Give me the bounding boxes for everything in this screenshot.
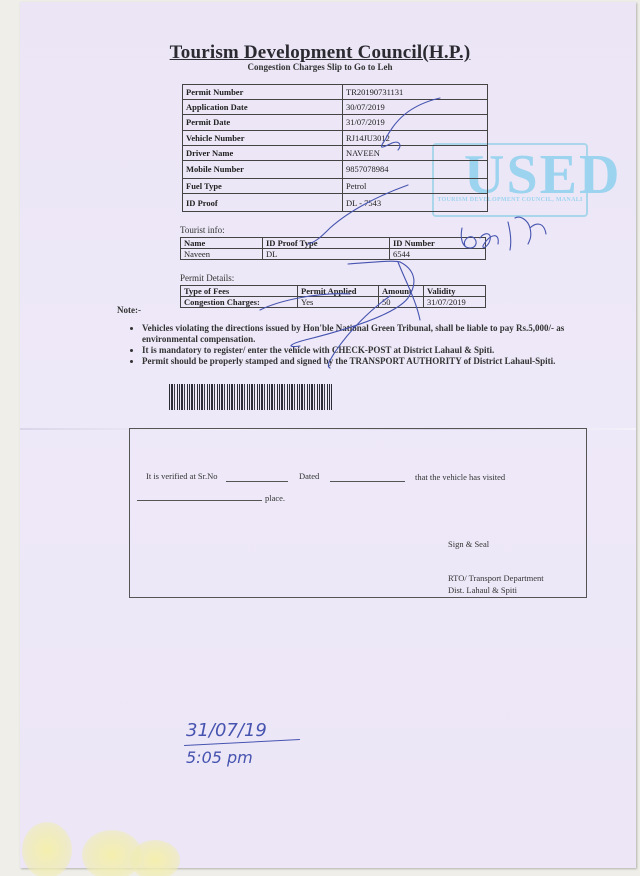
column-header: Amount (379, 286, 424, 297)
driver-name-value: NAVEEN (343, 145, 488, 160)
column-header: Type of Fees (181, 286, 298, 297)
vehicle-number-value: RJ14JU3012 (343, 130, 488, 145)
table-row: Congestion Charges: Yes 50 31/07/2019 (181, 297, 486, 308)
note-item: Vehicles violating the directions issued… (142, 323, 582, 345)
sr-no-blank[interactable] (226, 481, 288, 482)
table-header-row: Name ID Proof Type ID Number (181, 238, 486, 249)
column-header: Permit Applied (298, 286, 379, 297)
column-header: ID Number (390, 238, 486, 249)
permit-date-value: 31/07/2019 (343, 115, 488, 130)
paper-stain (130, 840, 180, 876)
permit-applied: Yes (298, 297, 379, 308)
tourist-id-type: DL (263, 249, 390, 260)
field-label: Driver Name (183, 145, 343, 160)
permit-details-label: Permit Details: (180, 273, 234, 283)
place-blank[interactable] (137, 500, 262, 501)
tourist-info-label: Tourist info: (180, 225, 225, 235)
table-row: Vehicle NumberRJ14JU3012 (183, 130, 488, 145)
field-label: Permit Number (183, 85, 343, 100)
place-label: place. (265, 493, 285, 503)
verified-at-label: It is verified at Sr.No (146, 471, 218, 481)
mobile-number-value: 9857078984 (343, 160, 488, 178)
table-row: Application Date30/07/2019 (183, 100, 488, 115)
table-row: Permit Date31/07/2019 (183, 115, 488, 130)
id-proof-value: DL - 7543 (343, 194, 488, 212)
document-subtitle: Congestion Charges Slip to Go to Leh (0, 62, 640, 72)
field-label: Application Date (183, 100, 343, 115)
permit-number-value: TR20190731131 (343, 85, 488, 100)
column-header: Name (181, 238, 263, 249)
visited-label: that the vehicle has visited (415, 472, 505, 482)
permit-details-table: Type of Fees Permit Applied Amount Valid… (180, 285, 486, 308)
column-header: ID Proof Type (263, 238, 390, 249)
authority-line-2: Dist. Lahaul & Spiti (448, 585, 517, 595)
barcode (169, 384, 332, 410)
tourist-info-table: Name ID Proof Type ID Number Naveen DL 6… (180, 237, 486, 260)
permit-info-table: Permit NumberTR20190731131 Application D… (182, 84, 488, 212)
fee-type: Congestion Charges: (181, 297, 298, 308)
paper-stain (22, 822, 72, 876)
table-header-row: Type of Fees Permit Applied Amount Valid… (181, 286, 486, 297)
table-row: Fuel TypePetrol (183, 178, 488, 193)
fuel-type-value: Petrol (343, 178, 488, 193)
tourist-name: Naveen (181, 249, 263, 260)
validity: 31/07/2019 (424, 297, 486, 308)
note-item: Permit should be properly stamped and si… (142, 356, 582, 367)
field-label: Fuel Type (183, 178, 343, 193)
table-row: ID ProofDL - 7543 (183, 194, 488, 212)
table-row: Driver NameNAVEEN (183, 145, 488, 160)
handwritten-date: 31/07/19 (186, 720, 267, 741)
dated-blank[interactable] (330, 481, 405, 482)
field-label: ID Proof (183, 194, 343, 212)
table-row: Permit NumberTR20190731131 (183, 85, 488, 100)
table-row: Naveen DL 6544 (181, 249, 486, 260)
note-label: Note:- (117, 305, 141, 315)
field-label: Vehicle Number (183, 130, 343, 145)
amount: 50 (379, 297, 424, 308)
tourist-id-number: 6544 (390, 249, 486, 260)
sign-seal-label: Sign & Seal (448, 539, 489, 549)
authority-line-1: RTO/ Transport Department (448, 573, 544, 583)
notes-list: Vehicles violating the directions issued… (130, 323, 582, 367)
column-header: Validity (424, 286, 486, 297)
application-date-value: 30/07/2019 (343, 100, 488, 115)
table-row: Mobile Number9857078984 (183, 160, 488, 178)
note-item: It is mandatory to register/ enter the v… (142, 345, 582, 356)
dated-label: Dated (299, 471, 319, 481)
field-label: Mobile Number (183, 160, 343, 178)
document-title: Tourism Development Council(H.P.) (0, 42, 640, 64)
field-label: Permit Date (183, 115, 343, 130)
handwritten-time: 5:05 pm (186, 748, 253, 767)
